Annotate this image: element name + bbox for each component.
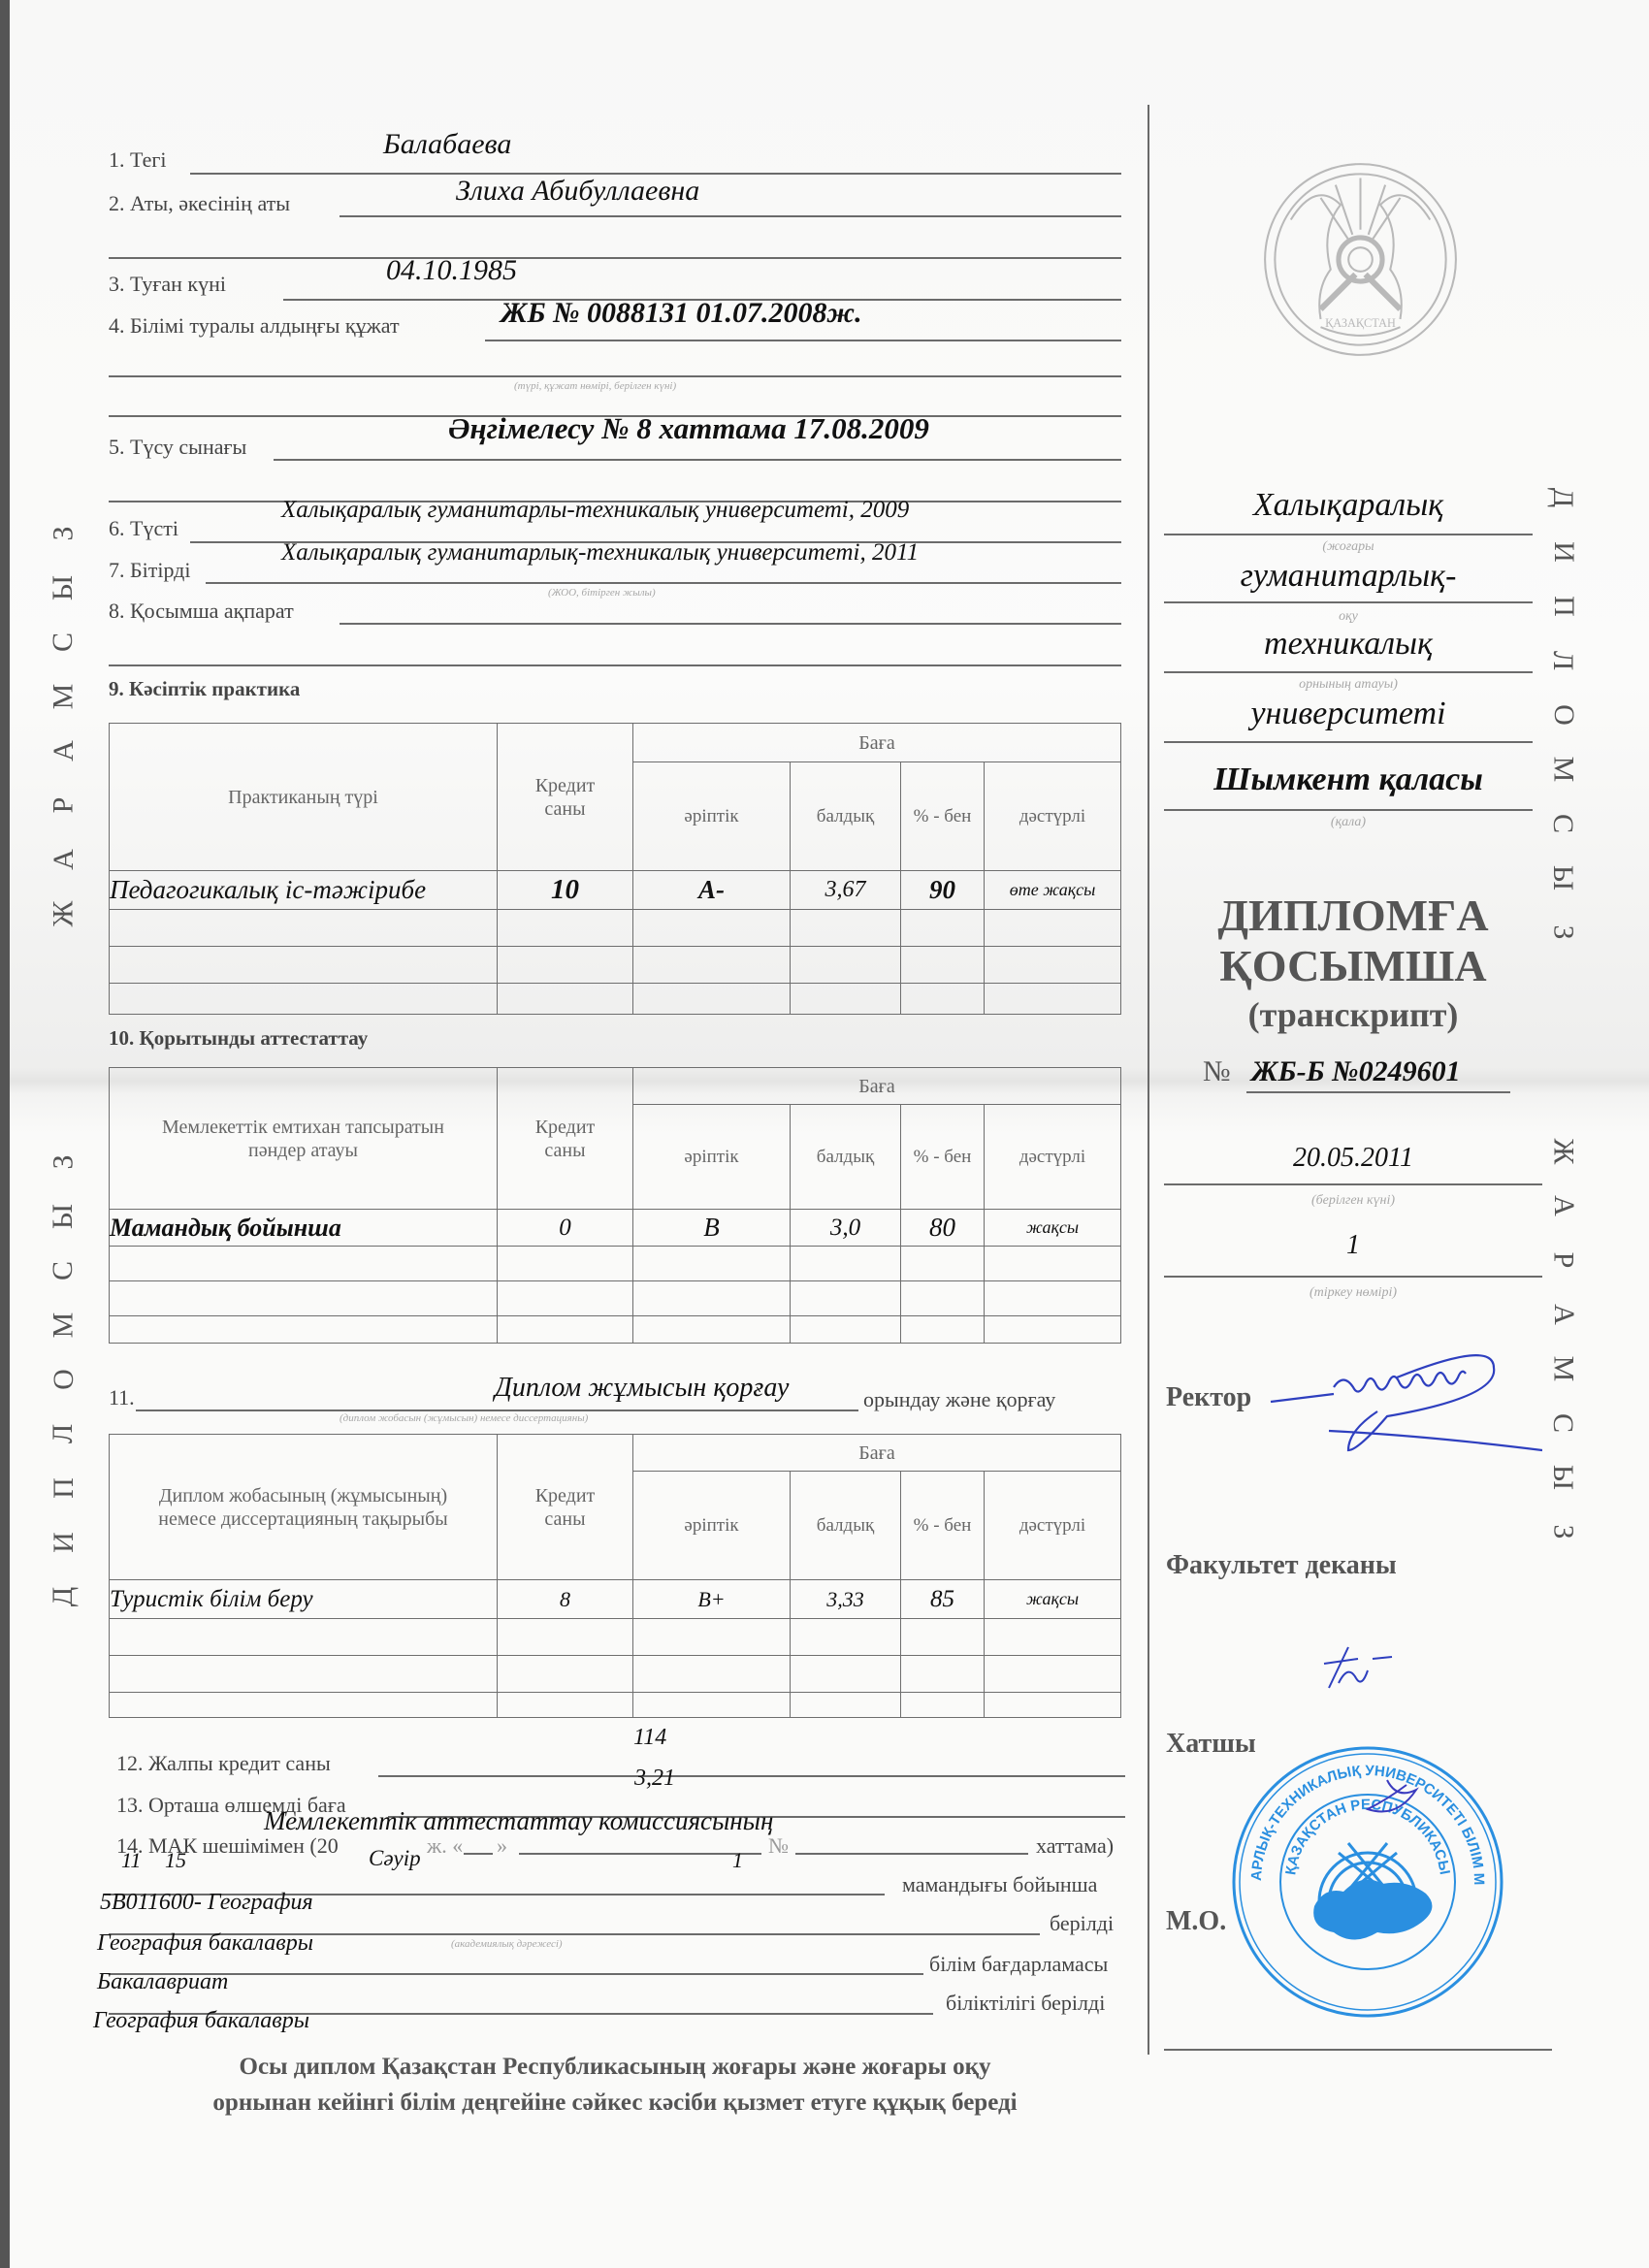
watermark-letter: Ы	[36, 575, 90, 600]
practice-header-letter: әріптік	[633, 762, 791, 871]
footer-line-1: Осы диплом Қазақстан Республикасының жоғ…	[109, 2049, 1121, 2085]
final-header-credits: Кредит саны	[498, 1068, 633, 1210]
program-suffix: білім бағдарламасы	[929, 1952, 1108, 1977]
watermark-letter: З	[36, 1154, 90, 1169]
sac-number: 1	[732, 1848, 743, 1873]
sac-overlay: Мемлекеттік аттестаттау комиссиясының	[264, 1806, 773, 1836]
watermark-letter: А	[1536, 1304, 1590, 1325]
practice-table: Практиканың түрі Кредит саны Баға әріпті…	[109, 723, 1121, 1015]
city-caption: (қала)	[1164, 815, 1533, 830]
watermark-letter: С	[1536, 814, 1590, 833]
institution-caption-1: (жоғары	[1164, 539, 1533, 555]
footer-line-2: орнынан кейінгі білім деңгейіне сәйкес к…	[109, 2085, 1121, 2121]
watermark-letter: С	[36, 1261, 90, 1280]
institution-caption-2: оқу	[1164, 609, 1533, 625]
issue-date-caption: (берілген күні)	[1164, 1193, 1542, 1209]
watermark-letter: О	[1536, 704, 1590, 726]
prev-document-value: ЖБ № 0088131 01.07.2008ж.	[501, 297, 862, 330]
program-value: Бакалавриат	[97, 1969, 228, 1995]
practice-title: 9. Кәсіптік практика	[109, 677, 300, 701]
sac-year: 11	[121, 1848, 141, 1873]
prev-document-label: 4. Білімі туралы алдыңғы құжат	[109, 313, 400, 339]
watermark-letter: А	[1536, 1195, 1590, 1216]
footer-statement: Осы диплом Қазақстан Республикасының жоғ…	[109, 2049, 1121, 2121]
watermark-letter: Ж	[36, 901, 90, 927]
rector-label: Ректор	[1166, 1382, 1251, 1413]
sac-protocol: хаттама)	[1036, 1833, 1114, 1859]
practice-header-points: балдық	[791, 762, 901, 871]
watermark-letter: Ы	[36, 1204, 90, 1229]
final-header-letter: әріптік	[633, 1105, 791, 1210]
institution-line-2: гуманитарлық-	[1164, 558, 1533, 595]
birth-date-label: 3. Туған күні	[109, 272, 226, 297]
diploma-work-value: Диплом жұмысын қорғау	[495, 1373, 789, 1404]
diploma-header-traditional: дәстүрлі	[985, 1472, 1121, 1580]
number-sign: №	[1203, 1055, 1231, 1088]
watermark-letter: О	[36, 1369, 90, 1390]
scan-edge	[0, 0, 10, 2268]
table-row: Туристік білім беру 8 В+ 3,33 85 жақсы	[110, 1580, 1121, 1619]
graduated-caption: (ЖОО, бітірген жылы)	[548, 587, 656, 599]
watermark-letter: Ы	[1536, 1465, 1590, 1490]
watermark-letter: Ы	[1536, 865, 1590, 891]
table-row: Педагогикалық іс-тәжірибе 10 А- 3,67 90 …	[110, 871, 1121, 910]
watermark-letter: И	[1536, 541, 1590, 563]
city-value: Шымкент қаласы	[1164, 761, 1533, 798]
watermark-letter: Л	[36, 1424, 90, 1443]
watermark-letter: Л	[1536, 651, 1590, 670]
watermark-letter: С	[1536, 1413, 1590, 1433]
enrolled-value: Халықаралық гуманитарлы-техникалық униве…	[281, 497, 909, 524]
sac-month: Сәуір	[369, 1846, 421, 1871]
watermark-letter: С	[36, 632, 90, 652]
transcript-number: ЖБ-Б №0249601	[1251, 1055, 1461, 1088]
additional-info-label: 8. Қосымша ақпарат	[109, 599, 294, 624]
prev-document-caption: (түрі, құжат нөмірі, берілген күні)	[514, 380, 676, 392]
watermark-letter: М	[36, 684, 90, 710]
graduated-value: Халықаралық гуманитарлық-техникалық унив…	[281, 539, 919, 567]
entrance-exam-value: Әңгімелесу № 8 хаттама 17.08.2009	[448, 411, 929, 446]
watermark-letter: Д	[36, 1587, 90, 1606]
final-header-percent: % - бен	[901, 1105, 985, 1210]
practice-header-traditional: дәстүрлі	[985, 762, 1121, 871]
diploma-header-points: балдық	[791, 1472, 901, 1580]
degree-value: География бакалавры	[97, 1930, 313, 1957]
graduated-label: 7. Бітірді	[109, 558, 191, 583]
watermark-letter: Р	[36, 797, 90, 814]
watermark-letter: Ж	[1536, 1139, 1590, 1165]
dean-label: Факультет деканы	[1166, 1550, 1397, 1581]
institution-line-4: университеті	[1164, 696, 1533, 732]
qualification-suffix: біліктілігі берілді	[946, 1991, 1105, 2016]
enrolled-label: 6. Түсті	[109, 516, 178, 541]
watermark-letter: А	[36, 849, 90, 870]
sac-label: 14. МАК шешімімен (20	[116, 1833, 339, 1859]
watermark-letter: М	[1536, 757, 1590, 783]
name-value: Злиха Абибуллаевна	[456, 175, 699, 208]
final-header-name: Мемлекеттік емтихан тапсыратын пәндер ат…	[110, 1068, 498, 1210]
sac-year-suffix: ж. «	[427, 1833, 463, 1859]
diploma-header-credits: Кредит саны	[498, 1435, 633, 1580]
watermark-letter: П	[1536, 596, 1590, 617]
sac-day: 15	[165, 1848, 186, 1873]
practice-header-percent: % - бен	[901, 762, 985, 871]
institution-line-1: Халықаралық	[1164, 487, 1533, 524]
watermark-letter: П	[36, 1477, 90, 1499]
degree-suffix: берілді	[1050, 1911, 1114, 1936]
watermark-letter: М	[1536, 1356, 1590, 1382]
diploma-work-number: 11.	[109, 1385, 135, 1410]
left-vertical-watermark: ЗЫСМАРАЖ ЗЫСМОЛПИД	[50, 506, 77, 1624]
watermark-letter: Д	[1536, 488, 1590, 507]
qualification-value: География бакалавры	[93, 2008, 309, 2034]
rector-signature-icon	[1251, 1344, 1542, 1470]
name-label: 2. Аты, әкесінің аты	[109, 191, 290, 216]
degree-caption: (академиялық дәрежесі)	[451, 1938, 563, 1950]
svg-text:ҚАЗАҚСТАН: ҚАЗАҚСТАН	[1325, 316, 1396, 330]
final-header-grade: Баға	[633, 1068, 1121, 1105]
university-stamp-icon: ГУМАНИТАРЛЫҚ-ТЕХНИКАЛЫҚ УНИВЕРСИТЕТІ БІЛ…	[1222, 1736, 1513, 2027]
final-header-points: балдық	[791, 1105, 901, 1210]
gpa-value: 3,21	[634, 1766, 675, 1792]
reg-number-caption: (тіркеу нөмірі)	[1164, 1285, 1542, 1301]
watermark-letter: А	[36, 740, 90, 761]
right-vertical-watermark: ДИПЛОМСЫЗ ЖАРАМСЫЗ	[1550, 470, 1576, 1559]
final-attestation-table: Мемлекеттік емтихан тапсыратын пәндер ат…	[109, 1067, 1121, 1344]
birth-date-value: 04.10.1985	[386, 254, 517, 287]
practice-header-name: Практиканың түрі	[110, 724, 498, 871]
diploma-work-caption: (диплом жобасын (жұмысын) немесе диссерт…	[339, 1412, 588, 1424]
diploma-work-suffix: орындау және қорғау	[863, 1387, 1055, 1412]
table-row: Мамандық бойынша 0 В 3,0 80 жақсы	[110, 1210, 1121, 1247]
kazakhstan-emblem-icon: ҚАЗАҚСТАН	[1261, 160, 1460, 359]
watermark-letter: М	[36, 1312, 90, 1339]
diploma-work-table: Диплом жобасының (жұмысының) немесе дисс…	[109, 1434, 1121, 1718]
sac-quote-close: »	[497, 1833, 507, 1859]
surname-label: 1. Тегі	[109, 147, 167, 173]
institution-line-3: техникалық	[1164, 626, 1533, 663]
watermark-letter: Р	[1536, 1252, 1590, 1269]
page-divider	[1148, 105, 1149, 2055]
title-line-1: ДИПЛОМҒА	[1164, 891, 1542, 941]
watermark-letter: И	[36, 1532, 90, 1553]
watermark-letter: З	[1536, 924, 1590, 939]
practice-header-credits: Кредит саны	[498, 724, 633, 871]
title-line-3: (транскрипт)	[1164, 994, 1542, 1035]
final-header-traditional: дәстүрлі	[985, 1105, 1121, 1210]
sac-number-sign: №	[768, 1833, 789, 1859]
dean-signature-icon	[1309, 1639, 1406, 1698]
practice-header-grade: Баға	[633, 724, 1121, 762]
watermark-letter: З	[1536, 1524, 1590, 1539]
reg-number-value: 1	[1164, 1230, 1542, 1261]
issue-date-value: 20.05.2011	[1164, 1143, 1542, 1174]
diploma-header-percent: % - бен	[901, 1472, 985, 1580]
total-credits-label: 12. Жалпы кредит саны	[116, 1751, 331, 1776]
diploma-header-name: Диплом жобасының (жұмысының) немесе дисс…	[110, 1435, 498, 1580]
total-credits-value: 114	[633, 1725, 666, 1751]
institution-caption-3: орнының атауы)	[1164, 677, 1533, 693]
watermark-letter: З	[36, 526, 90, 540]
entrance-exam-label: 5. Түсу сынағы	[109, 435, 246, 460]
final-attestation-title: 10. Қорытынды аттестаттау	[109, 1026, 368, 1051]
specialty-value: 5В011600- География	[100, 1890, 313, 1916]
specialty-suffix: мамандығы бойынша	[902, 1872, 1097, 1897]
surname-value: Балабаева	[383, 128, 511, 161]
diploma-header-letter: әріптік	[633, 1472, 791, 1580]
title-line-2: ҚОСЫМША	[1164, 941, 1542, 991]
diploma-header-grade: Баға	[633, 1435, 1121, 1472]
seal-place-label: М.О.	[1166, 1906, 1226, 1937]
